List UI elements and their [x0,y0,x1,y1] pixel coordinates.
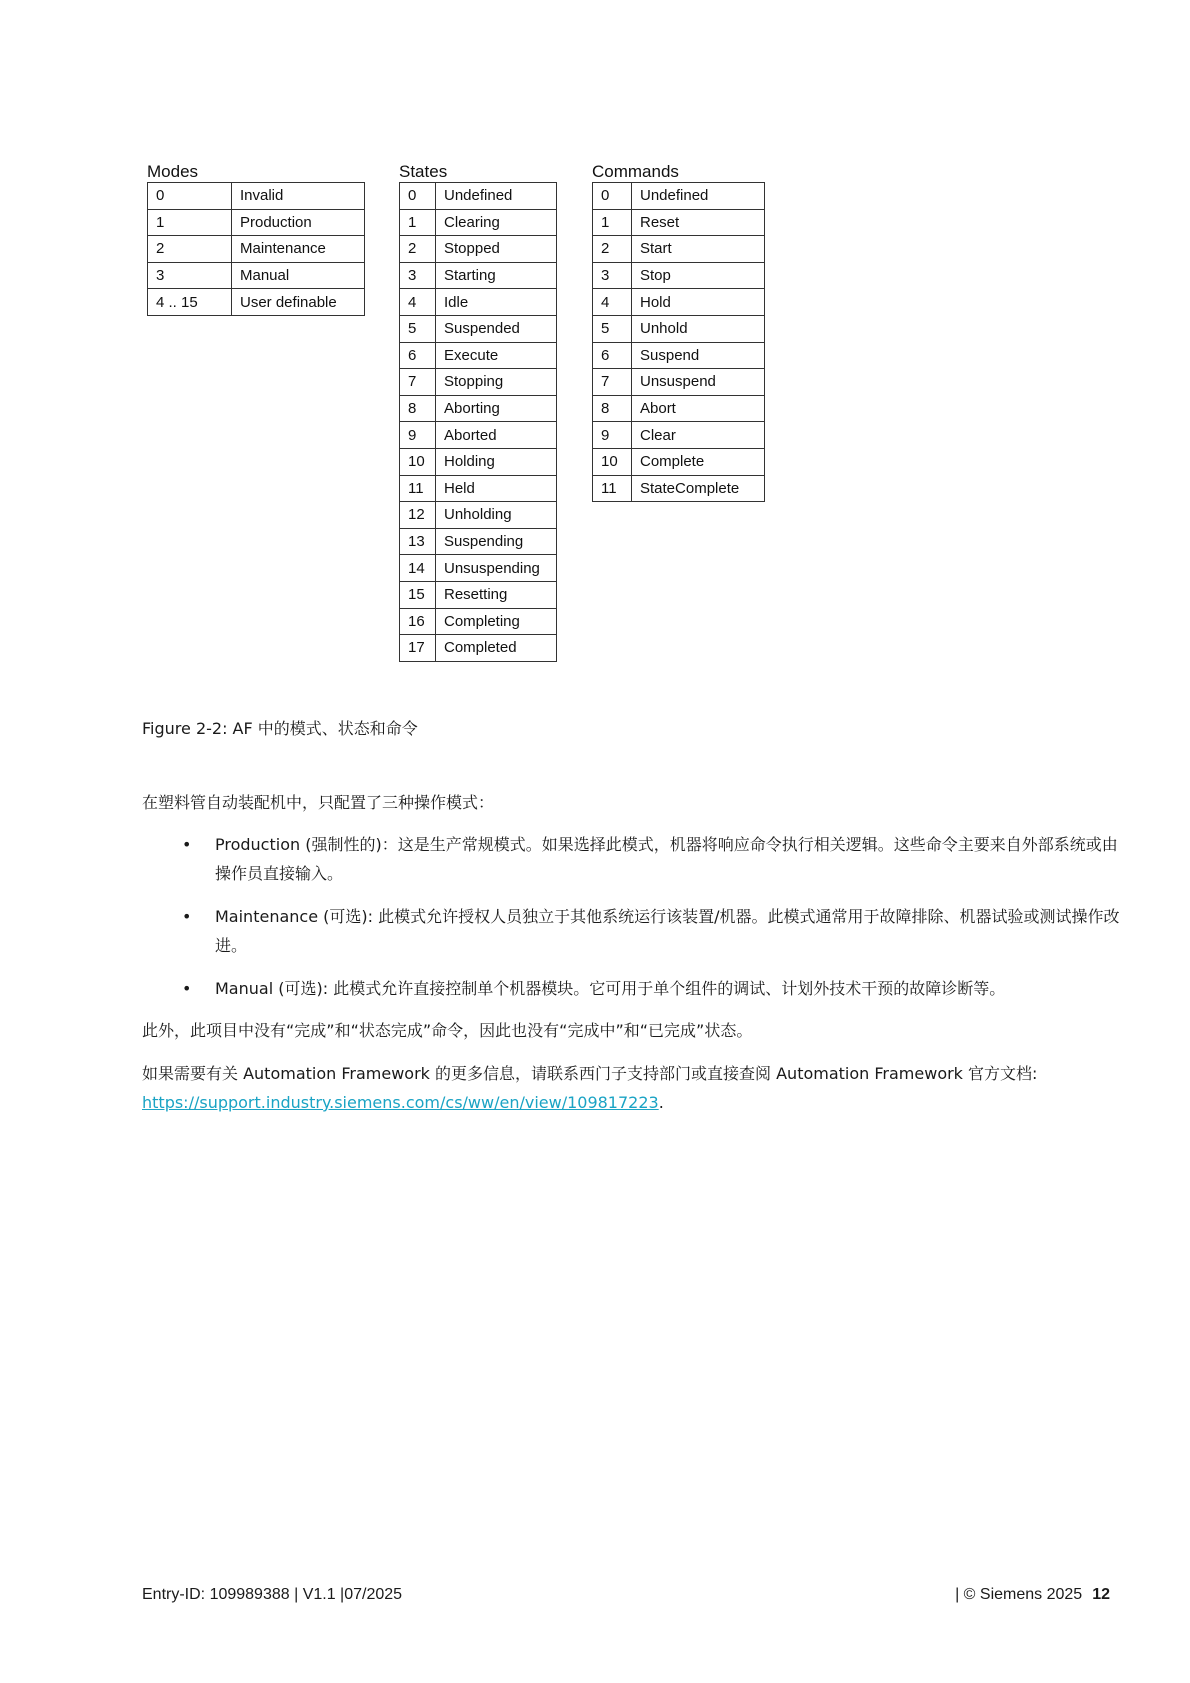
table-row: 16Completing [400,608,557,635]
table-row: 8Aborting [400,395,557,422]
more-info-text: 如果需要有关 Automation Framework 的更多信息，请联系西门子… [142,1064,1037,1083]
intro-paragraph: 在塑料管自动装配机中，只配置了三种操作模式： [142,788,1122,817]
state-value: Suspending [436,528,557,555]
mode-value: User definable [232,289,365,316]
table-row: 3Starting [400,262,557,289]
bullet-manual: • Manual (可选): 此模式允许直接控制单个机器模块。它可用于单个组件的… [182,974,1122,1003]
command-key: 5 [593,315,632,342]
table-row: 1Production [148,209,365,236]
state-value: Unsuspending [436,555,557,582]
table-row: 0Invalid [148,183,365,210]
table-row: 4 .. 15User definable [148,289,365,316]
command-value: Complete [632,448,765,475]
mode-key: 1 [148,209,232,236]
page-number: 12 [1092,1586,1110,1603]
command-key: 1 [593,209,632,236]
table-row: 2Stopped [400,236,557,263]
command-key: 10 [593,448,632,475]
mode-value: Invalid [232,183,365,210]
table-row: 13Suspending [400,528,557,555]
table-row: 6Suspend [593,342,765,369]
command-key: 7 [593,369,632,396]
state-key: 12 [400,502,436,529]
table-row: 11StateComplete [593,475,765,502]
command-value: StateComplete [632,475,765,502]
command-value: Unhold [632,315,765,342]
table-row: 10Holding [400,448,557,475]
command-key: 4 [593,289,632,316]
state-value: Holding [436,448,557,475]
state-key: 3 [400,262,436,289]
state-value: Undefined [436,183,557,210]
state-key: 14 [400,555,436,582]
state-value: Aborting [436,395,557,422]
table-row: 11Held [400,475,557,502]
command-value: Reset [632,209,765,236]
command-value: Unsuspend [632,369,765,396]
bullet-icon: • [182,830,191,859]
state-key: 4 [400,289,436,316]
state-value: Completing [436,608,557,635]
table-row: 6Execute [400,342,557,369]
commands-table: 0Undefined 1Reset 2Start 3Stop 4Hold 5Un… [592,182,765,502]
command-key: 11 [593,475,632,502]
table-row: 14Unsuspending [400,555,557,582]
table-row: 15Resetting [400,581,557,608]
bullet-icon: • [182,974,191,1003]
state-value: Aborted [436,422,557,449]
modes-table: 0Invalid 1Production 2Maintenance 3Manua… [147,182,365,316]
table-row: 7Stopping [400,369,557,396]
footer-copyright-text: | © Siemens 2025 [955,1586,1082,1603]
command-value: Undefined [632,183,765,210]
state-key: 13 [400,528,436,555]
table-row: 2Maintenance [148,236,365,263]
footer-entry-id: Entry-ID: 109989388 | V1.1 |07/2025 [142,1586,402,1604]
table-row: 2Start [593,236,765,263]
mode-key: 0 [148,183,232,210]
table-row: 1Clearing [400,209,557,236]
bullet-icon: • [182,902,191,931]
table-row: 10Complete [593,448,765,475]
bullet-text: Maintenance (可选): 此模式允许授权人员独立于其他系统运行该装置/… [215,902,1122,960]
table-row: 8Abort [593,395,765,422]
commands-table-body: 0Undefined 1Reset 2Start 3Stop 4Hold 5Un… [593,183,765,502]
more-info-paragraph: 如果需要有关 Automation Framework 的更多信息，请联系西门子… [142,1059,1122,1117]
state-key: 15 [400,581,436,608]
command-key: 3 [593,262,632,289]
state-key: 9 [400,422,436,449]
state-value: Stopping [436,369,557,396]
state-key: 6 [400,342,436,369]
mode-value: Maintenance [232,236,365,263]
table-row: 1Reset [593,209,765,236]
command-value: Start [632,236,765,263]
modes-table-block: Modes 0Invalid 1Production 2Maintenance … [147,162,365,316]
state-value: Clearing [436,209,557,236]
command-value: Hold [632,289,765,316]
command-value: Stop [632,262,765,289]
state-value: Held [436,475,557,502]
modes-title: Modes [147,162,365,182]
state-key: 17 [400,635,436,662]
table-row: 5Suspended [400,315,557,342]
bullet-text: Manual (可选): 此模式允许直接控制单个机器模块。它可用于单个组件的调试… [215,974,1122,1003]
state-key: 5 [400,315,436,342]
state-value: Execute [436,342,557,369]
state-value: Completed [436,635,557,662]
documentation-link[interactable]: https://support.industry.siemens.com/cs/… [142,1093,659,1112]
command-key: 8 [593,395,632,422]
modes-table-body: 0Invalid 1Production 2Maintenance 3Manua… [148,183,365,316]
table-row: 9Aborted [400,422,557,449]
mode-value: Production [232,209,365,236]
state-key: 8 [400,395,436,422]
link-suffix: . [659,1093,664,1112]
command-value: Clear [632,422,765,449]
state-key: 1 [400,209,436,236]
state-value: Unholding [436,502,557,529]
table-row: 4Idle [400,289,557,316]
states-table-block: States 0Undefined 1Clearing 2Stopped 3St… [399,162,557,662]
state-value: Resetting [436,581,557,608]
footer-copyright: | © Siemens 202512 [955,1586,1110,1604]
command-key: 0 [593,183,632,210]
table-row: 4Hold [593,289,765,316]
state-value: Starting [436,262,557,289]
mode-key: 3 [148,262,232,289]
bullet-production: • Production (强制性的)：这是生产常规模式。如果选择此模式，机器将… [182,830,1122,888]
states-table-body: 0Undefined 1Clearing 2Stopped 3Starting … [400,183,557,662]
bullet-maintenance: • Maintenance (可选): 此模式允许授权人员独立于其他系统运行该装… [182,902,1122,960]
command-value: Suspend [632,342,765,369]
table-row: 12Unholding [400,502,557,529]
table-row: 9Clear [593,422,765,449]
table-row: 0Undefined [400,183,557,210]
table-row: 3Stop [593,262,765,289]
table-row: 7Unsuspend [593,369,765,396]
state-key: 2 [400,236,436,263]
command-key: 2 [593,236,632,263]
state-value: Stopped [436,236,557,263]
states-table: 0Undefined 1Clearing 2Stopped 3Starting … [399,182,557,662]
commands-table-block: Commands 0Undefined 1Reset 2Start 3Stop … [592,162,765,502]
bullet-text: Production (强制性的)：这是生产常规模式。如果选择此模式，机器将响应… [215,830,1122,888]
mode-key: 4 .. 15 [148,289,232,316]
figure-caption: Figure 2-2: AF 中的模式、状态和命令 [142,716,418,739]
mode-value: Manual [232,262,365,289]
state-key: 7 [400,369,436,396]
table-row: 3Manual [148,262,365,289]
mode-key: 2 [148,236,232,263]
state-key: 16 [400,608,436,635]
commands-title: Commands [592,162,765,182]
command-value: Abort [632,395,765,422]
table-row: 0Undefined [593,183,765,210]
state-key: 11 [400,475,436,502]
states-title: States [399,162,557,182]
table-row: 17Completed [400,635,557,662]
command-key: 6 [593,342,632,369]
state-key: 0 [400,183,436,210]
state-key: 10 [400,448,436,475]
command-key: 9 [593,422,632,449]
state-value: Idle [436,289,557,316]
note-paragraph: 此外，此项目中没有“完成”和“状态完成”命令，因此也没有“完成中”和“已完成”状… [142,1016,1122,1045]
state-value: Suspended [436,315,557,342]
table-row: 5Unhold [593,315,765,342]
